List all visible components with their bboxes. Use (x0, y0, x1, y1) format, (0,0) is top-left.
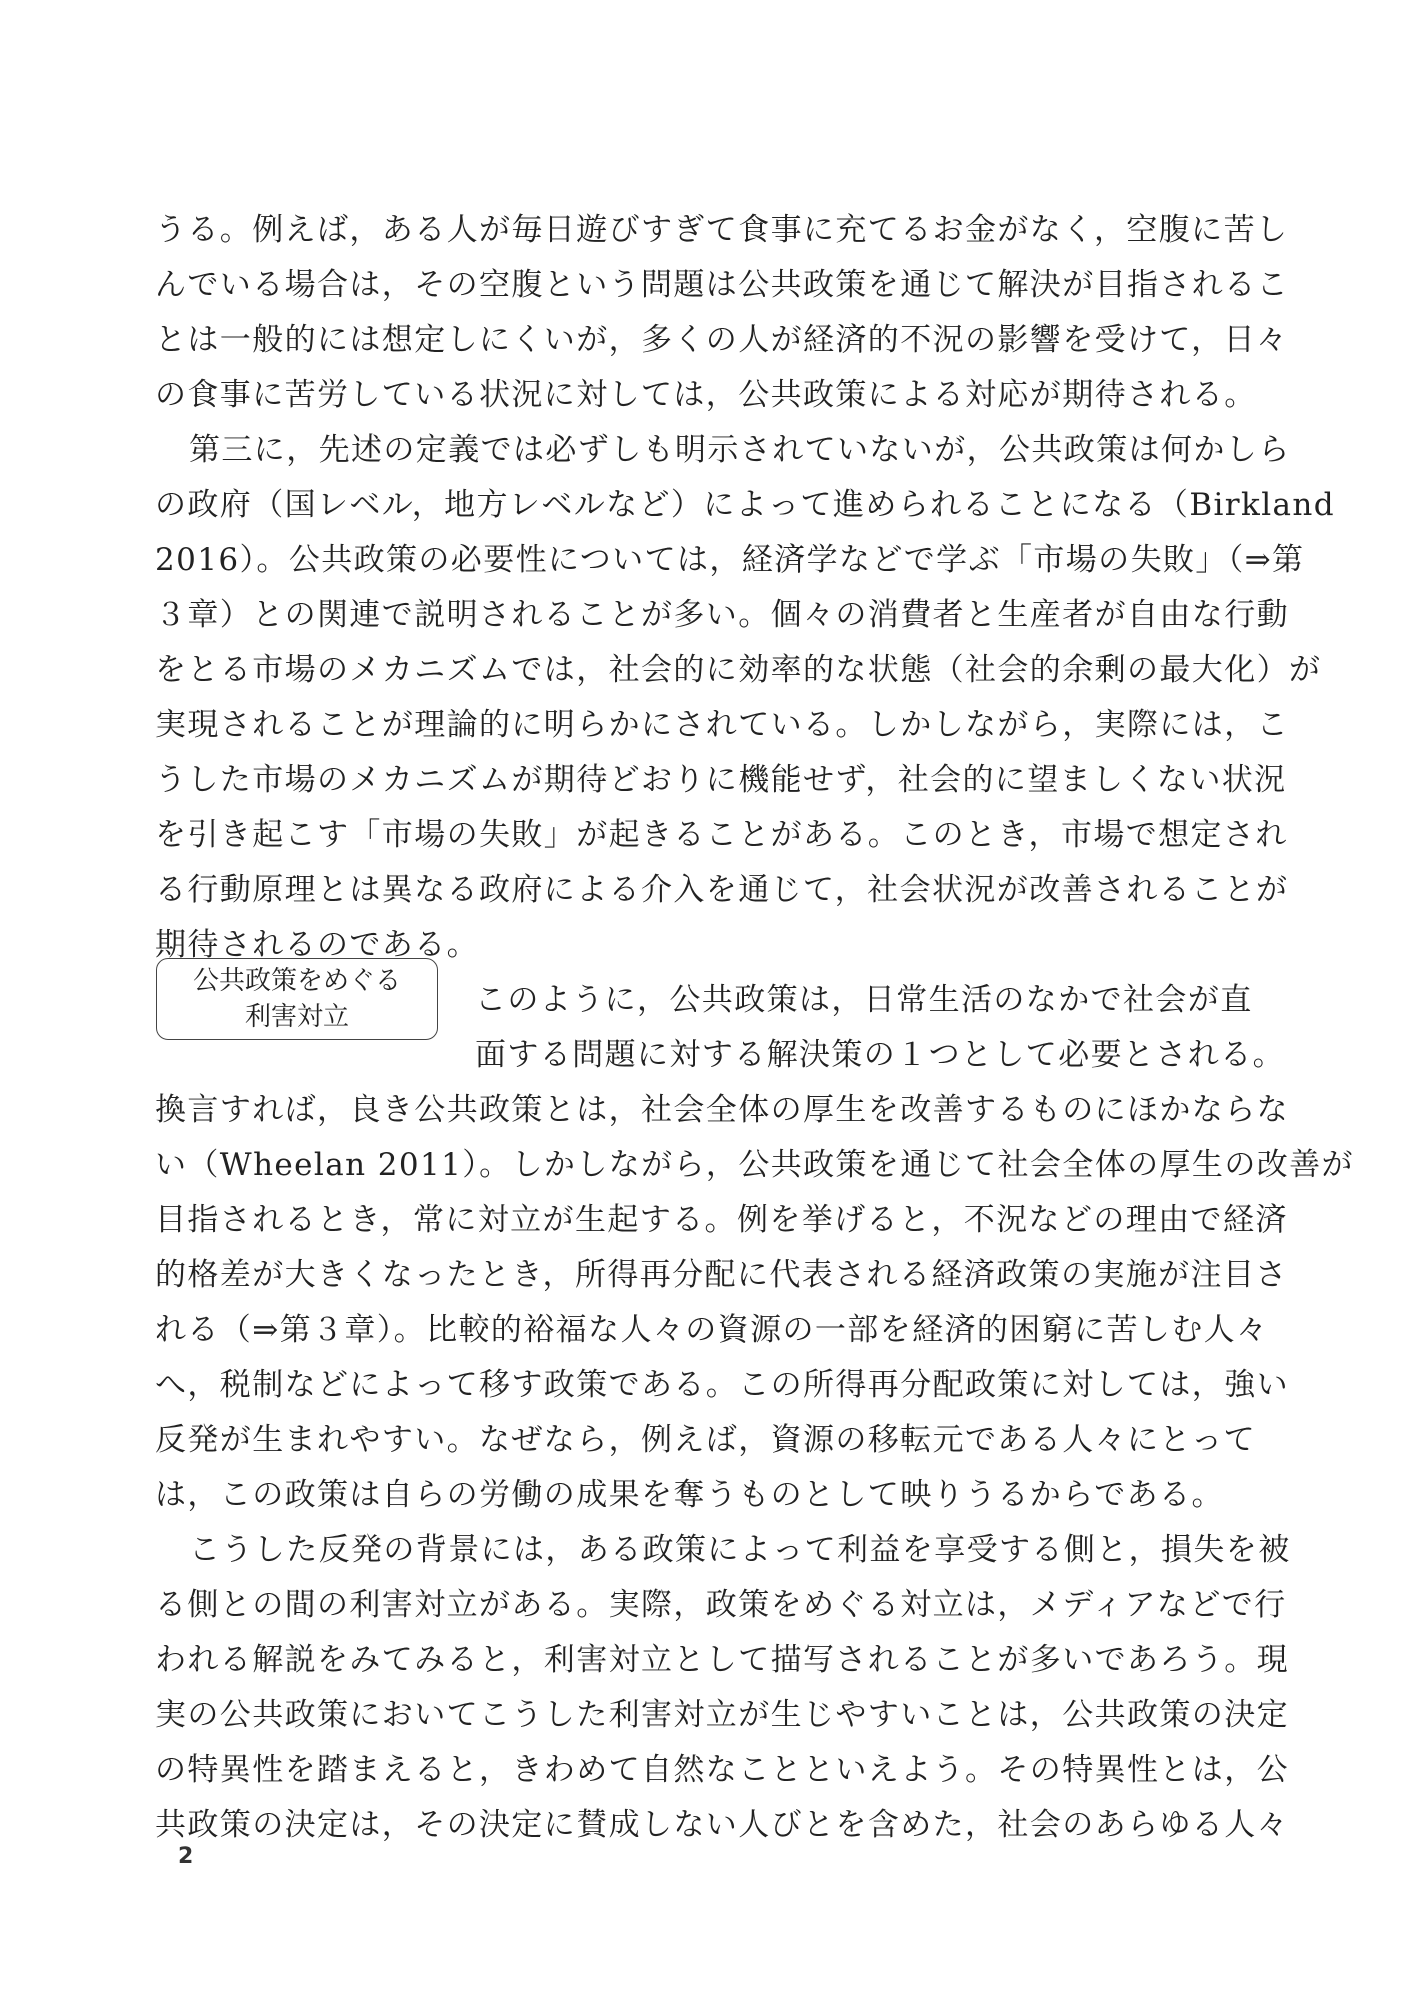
body-line: の政府（国レベル，地方レベルなど）によって進められることになる（Birkland (155, 478, 1215, 533)
body-line: る側との間の利害対立がある。実際，政策をめぐる対立は，メディアなどで行 (155, 1578, 1215, 1633)
page-number: 2 (178, 1844, 193, 1869)
body-line: とは一般的には想定しにくいが，多くの人が経済的不況の影響を受けて，日々 (155, 313, 1215, 368)
body-line: へ，税制などによって移す政策である。この所得再分配政策に対しては，強い (155, 1358, 1215, 1413)
body-line: んでいる場合は，その空腹という問題は公共政策を通じて解決が目指されるこ (155, 258, 1215, 313)
body-line: をとる市場のメカニズムでは，社会的に効率的な状態（社会的余剰の最大化）が (155, 643, 1215, 698)
body-line: うる。例えば，ある人が毎日遊びすぎて食事に充てるお金がなく，空腹に苦し (155, 203, 1215, 258)
body-line: 目指されるとき，常に対立が生起する。例を挙げると，不況などの理由で経済 (155, 1193, 1215, 1248)
body-line: 2016）。公共政策の必要性については，経済学などで学ぶ「市場の失敗」（⇒第 (155, 533, 1215, 588)
body-line: 的格差が大きくなったとき，所得再分配に代表される経済政策の実施が注目さ (155, 1248, 1215, 1303)
body-line: は，この政策は自らの労働の成果を奪うものとして映りうるからである。 (155, 1468, 1215, 1523)
sidebar-heading-line2: 利害対立 (157, 999, 437, 1035)
body-line: の食事に苦労している状況に対しては，公共政策による対応が期待される。 (155, 368, 1215, 423)
body-line: 実現されることが理論的に明らかにされている。しかしながら，実際には，こ (155, 698, 1215, 753)
body-line: 反発が生まれやすい。なぜなら，例えば，資源の移転元である人々にとって (155, 1413, 1215, 1468)
body-line: われる解説をみてみると，利害対立として描写されることが多いであろう。現 (155, 1633, 1215, 1688)
body-line: 第三に，先述の定義では必ずしも明示されていないが，公共政策は何かしら (155, 423, 1215, 478)
sidebar-heading: 公共政策をめぐる 利害対立 (156, 958, 438, 1040)
body-line: こうした反発の背景には，ある政策によって利益を享受する側と，損失を被 (155, 1523, 1215, 1578)
book-page: うる。例えば，ある人が毎日遊びすぎて食事に充てるお金がなく，空腹に苦し んでいる… (0, 0, 1412, 2000)
body-line: ３章）との関連で説明されることが多い。個々の消費者と生産者が自由な行動 (155, 588, 1215, 643)
sidebar-heading-line1: 公共政策をめぐる (157, 963, 437, 999)
body-line: れる（⇒第３章）。比較的裕福な人々の資源の一部を経済的困窮に苦しむ人々 (155, 1303, 1215, 1358)
body-line: うした市場のメカニズムが期待どおりに機能せず，社会的に望ましくない状況 (155, 753, 1215, 808)
body-line: 換言すれば，良き公共政策とは，社会全体の厚生を改善するものにほかならな (155, 1083, 1215, 1138)
body-line: い（Wheelan 2011）。しかしながら，公共政策を通じて社会全体の厚生の改… (155, 1138, 1215, 1193)
body-line: を引き起こす「市場の失敗」が起きることがある。このとき，市場で想定され (155, 808, 1215, 863)
body-line: の特異性を踏まえると，きわめて自然なことといえよう。その特異性とは，公 (155, 1743, 1215, 1798)
body-line: る行動原理とは異なる政府による介入を通じて，社会状況が改善されることが (155, 863, 1215, 918)
body-line: 実の公共政策においてこうした利害対立が生じやすいことは，公共政策の決定 (155, 1688, 1215, 1743)
body-line: 面する問題に対する解決策の１つとして必要とされる。 (475, 1028, 1215, 1083)
body-line: 共政策の決定は，その決定に賛成しない人びとを含めた，社会のあらゆる人々 (155, 1798, 1215, 1853)
body-line: このように，公共政策は，日常生活のなかで社会が直 (475, 973, 1215, 1028)
